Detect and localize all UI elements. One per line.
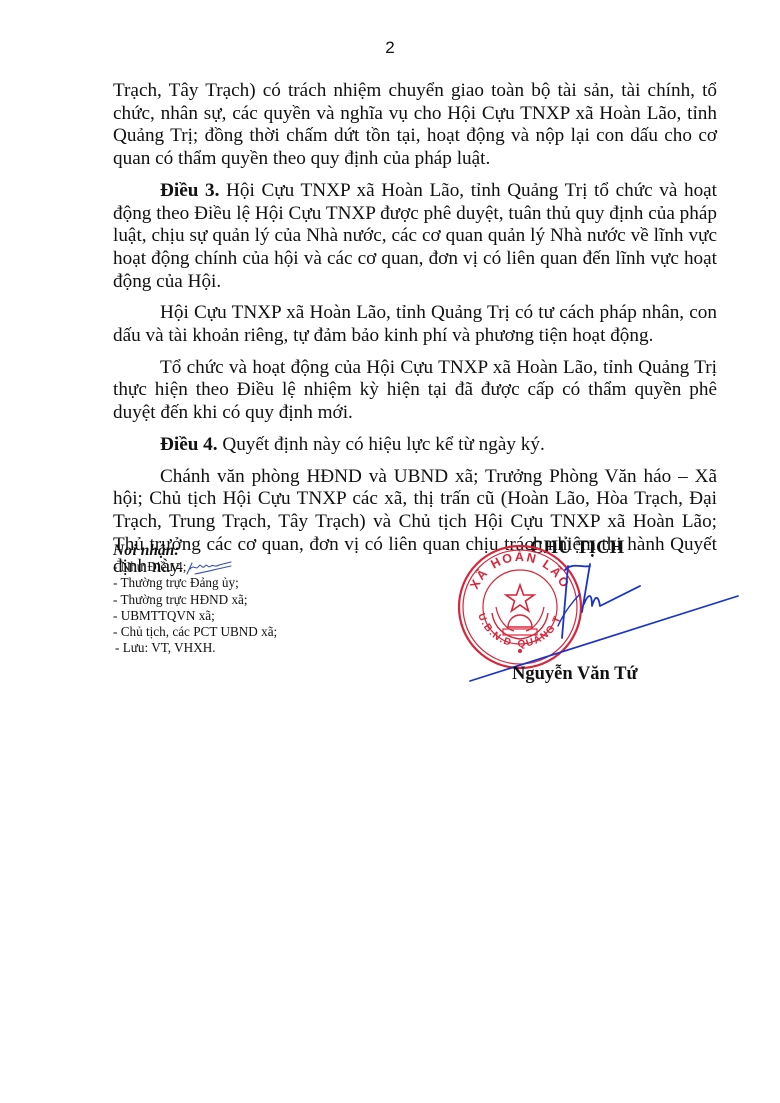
svg-text:U.B.N.D: U.B.N.D: [475, 612, 513, 649]
stamp-left-text: U.B.N.D: [475, 612, 513, 649]
recipient-item: - Thường trực Đảng ủy;: [113, 575, 277, 591]
recipient-item: - Lưu: VT, VHXH.: [113, 640, 277, 656]
article-4: Điều 4. Quyết định này có hiệu lực kể từ…: [113, 434, 717, 457]
page-number: 2: [0, 38, 780, 58]
article-4-label: Điều 4.: [160, 434, 218, 455]
article-3: Điều 3. Hội Cựu TNXP xã Hoàn Lão, tỉnh Q…: [113, 180, 717, 294]
recipient-item: - Thường trực HĐND xã;: [113, 592, 277, 608]
paragraph-transfer-duty: Trạch, Tây Trạch) có trách nhiệm chuyển …: [113, 80, 717, 171]
recipient-item: - UBMTTQVN xã;: [113, 608, 277, 624]
recipients-title: Nơi nhận:: [113, 542, 277, 559]
article-3-label: Điều 3.: [160, 180, 219, 201]
recipients-block: Nơi nhận: - Như Điều 4; - Thường trực Đả…: [113, 542, 277, 657]
document-body: Trạch, Tây Trạch) có trách nhiệm chuyển …: [113, 80, 717, 588]
paragraph-organization: Tổ chức và hoạt động của Hội Cựu TNXP xã…: [113, 357, 717, 425]
article-4-text: Quyết định này có hiệu lực kể từ ngày ký…: [218, 434, 545, 455]
recipient-item: - Chủ tịch, các PCT UBND xã;: [113, 624, 277, 640]
official-seal-icon: XÃ HOÀN LÃO U.B.N.D QUẢNG TRỊ: [456, 543, 584, 671]
signer-name: Nguyễn Văn Tứ: [512, 664, 638, 685]
signature-block: CHỦ TỊCH XÃ HOÀN LÃO U.B.N.D QUẢNG TRỊ: [440, 536, 740, 696]
paragraph-legal-status: Hội Cựu TNXP xã Hoàn Lão, tỉnh Quảng Trị…: [113, 302, 717, 347]
recipient-item: - Như Điều 4;: [113, 559, 277, 575]
